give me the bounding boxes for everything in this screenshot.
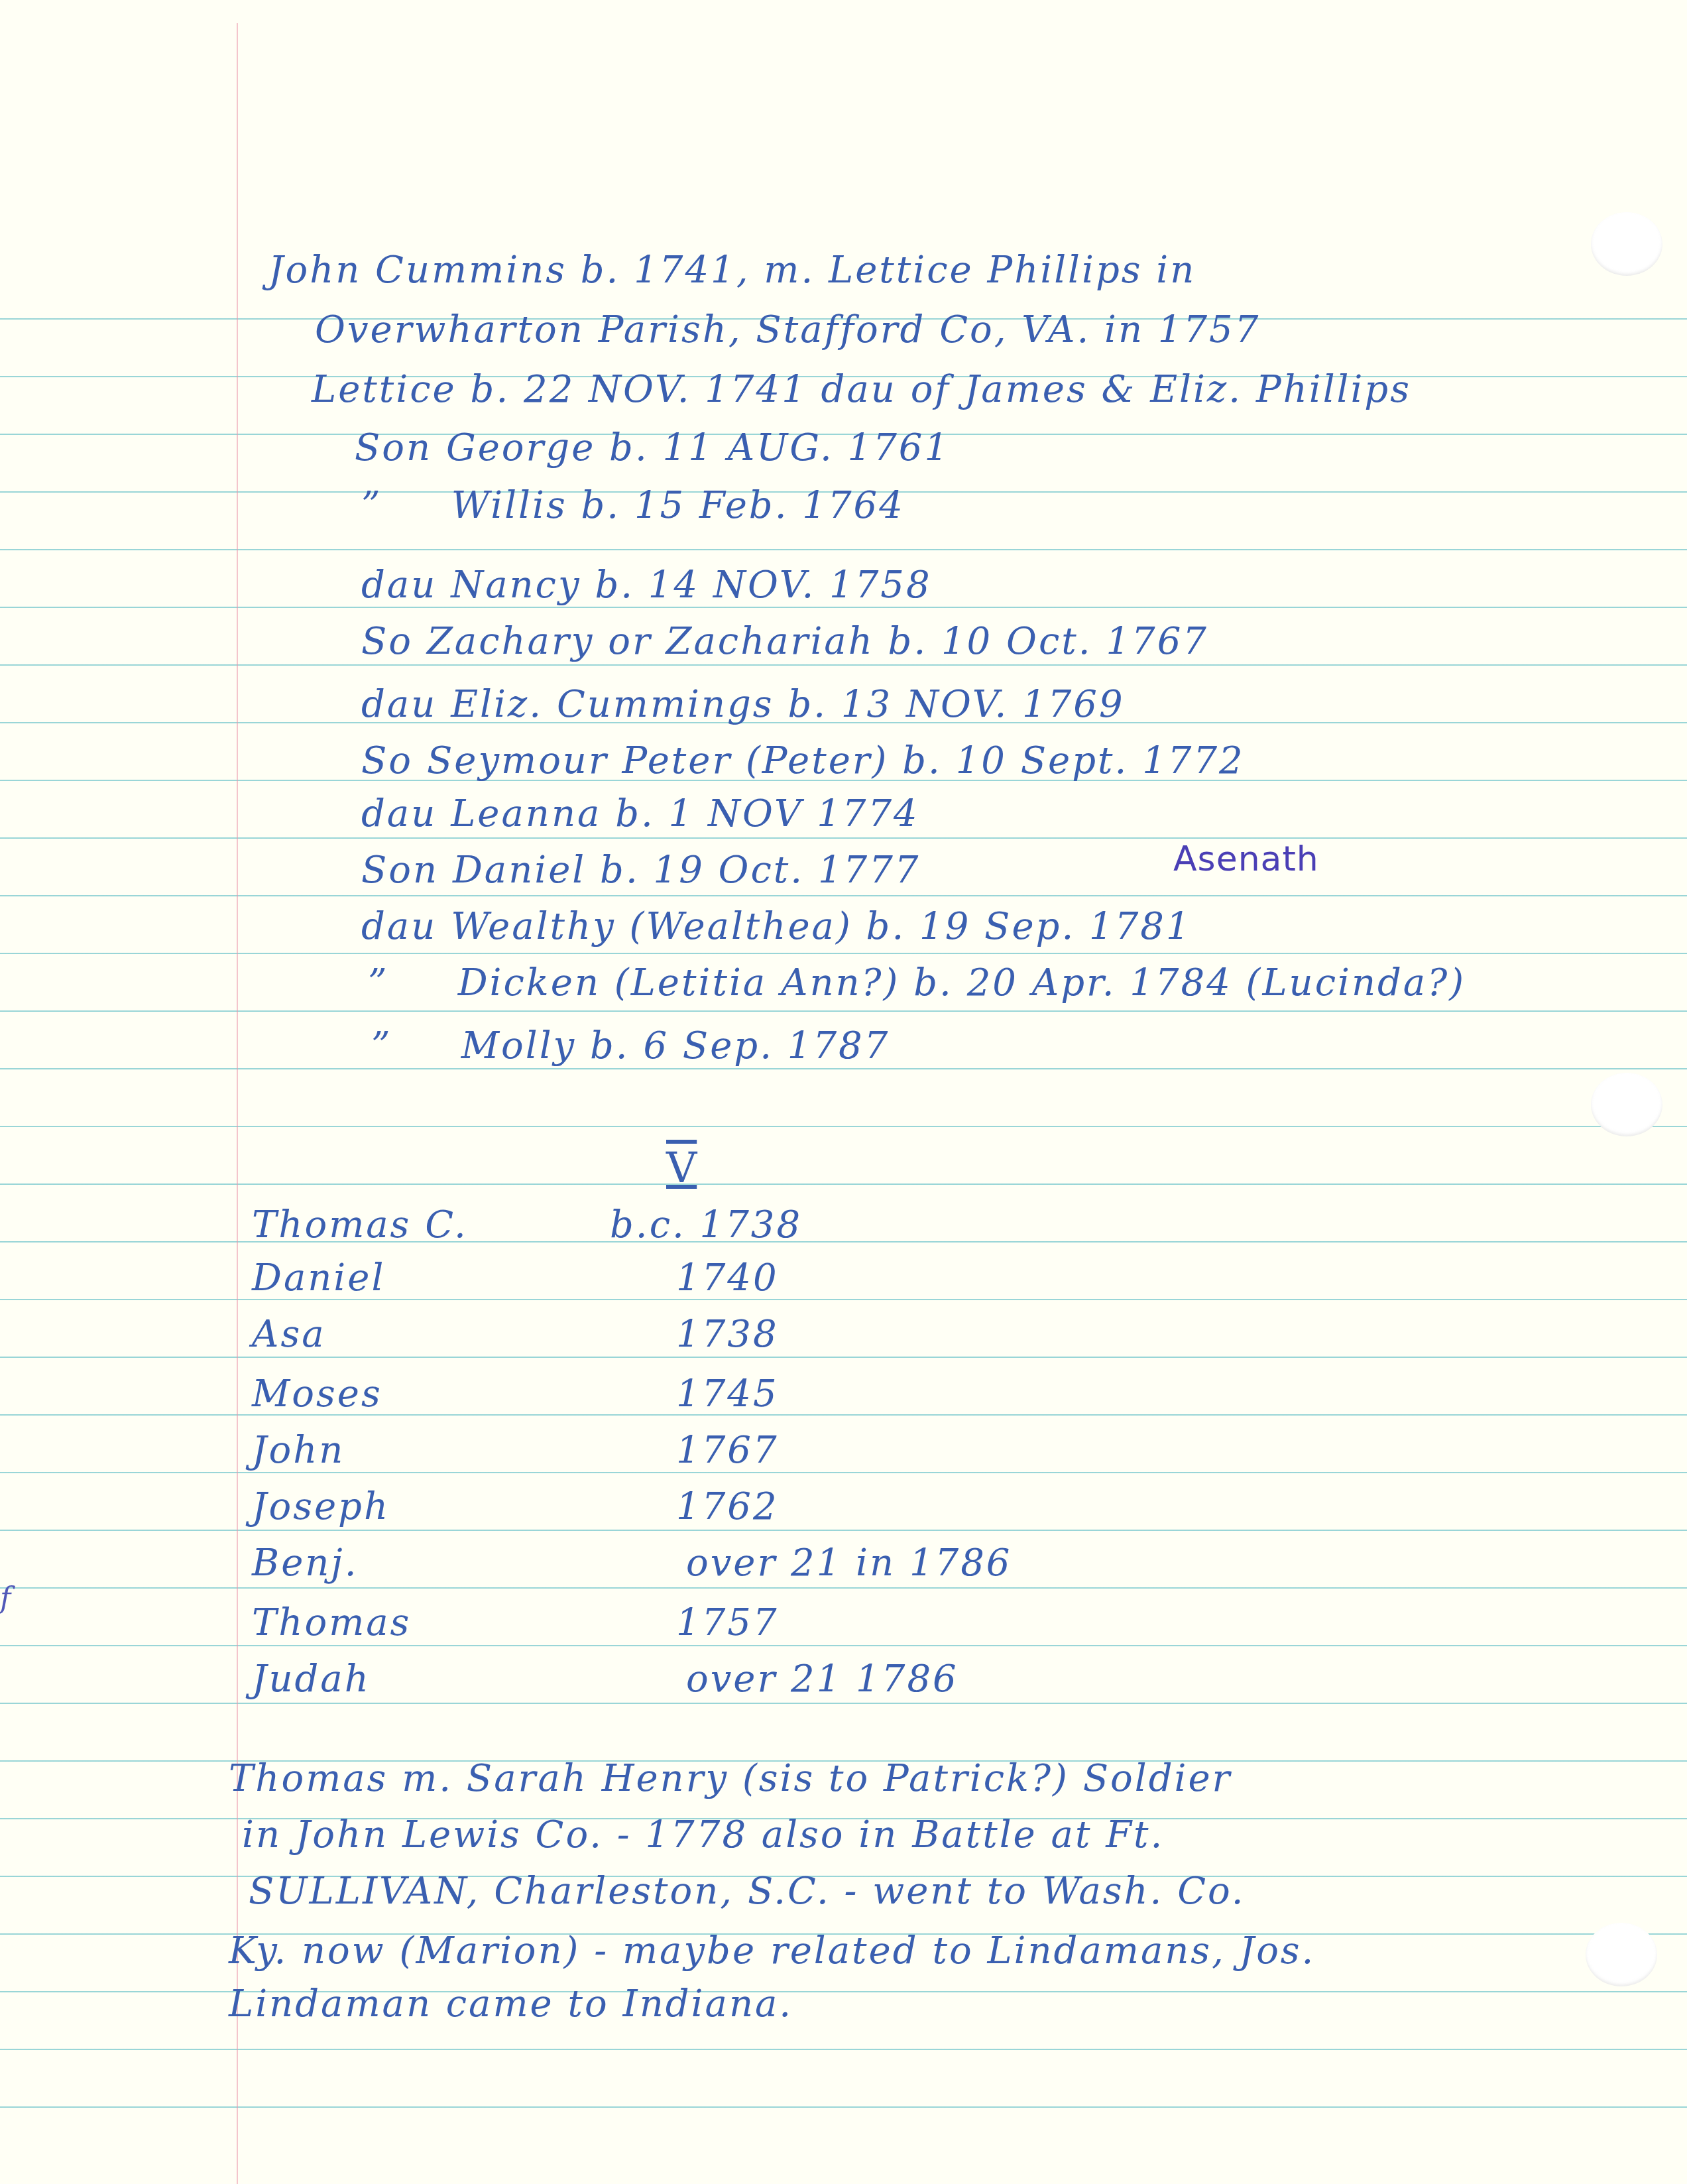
note-line-3: SULLIVAN, Charleston, S.C. - went to Was… [249,1873,1246,1910]
child-entry: dau Nancy b. 14 NOV. 1758 [361,567,932,604]
sibling-name: Judah [252,1661,371,1698]
child-details: Dicken (Letitia Ann?) b. 20 Apr. 1784 (L… [458,961,1466,1004]
child-details: Zachary or Zachariah b. 10 Oct. 1767 [427,620,1208,663]
edge-mark: ƒ [0,1581,11,1615]
sibling-name: Asa [252,1316,326,1353]
child-entry: dau Leanna b. 1 NOV 1774 [361,796,919,833]
margin-line [237,23,238,2184]
sibling-name: Benj. [252,1545,359,1582]
child-details: Molly b. 6 Sep. 1787 [461,1024,890,1067]
child-relation: Son [355,426,432,469]
child-relation: Son [361,849,439,892]
sibling-year: 1740 [676,1260,779,1297]
child-details: Seymour Peter (Peter) b. 10 Sept. 1772 [427,739,1245,782]
sibling-row: Thomas 1757 [252,1605,1047,1658]
sibling-row: Asa 1738 [252,1316,1047,1369]
sibling-name: Moses [252,1376,382,1413]
child-entry: dau Eliz. Cummings b. 13 NOV. 1769 [361,686,1125,723]
child-relation: dau [361,792,437,835]
header-line-2: Overwharton Parish, Stafford Co, VA. in … [315,312,1260,349]
sibling-name: John [252,1432,345,1469]
asenath-annotation: Asenath [1173,842,1319,877]
section-marker: V [666,1144,697,1193]
child-details: Nancy b. 14 NOV. 1758 [451,564,931,607]
child-entry: So Seymour Peter (Peter) b. 10 Sept. 177… [361,743,1245,780]
child-relation: ” [368,961,389,1004]
sibling-name: Joseph [252,1488,390,1526]
child-entry: Son George b. 11 AUG. 1761 [355,430,950,467]
sibling-row: Benj. over 21 in 1786 [252,1545,1047,1598]
child-entry: So Zachary or Zachariah b. 10 Oct. 1767 [361,623,1208,660]
header-line-1: John Cummins b. 1741, m. Lettice Phillip… [268,252,1196,289]
child-relation: dau [361,564,437,607]
child-entry: ” Molly b. 6 Sep. 1787 [371,1028,890,1065]
child-relation: dau [361,905,437,948]
sibling-row: Judah over 21 1786 [252,1661,1047,1714]
child-relation: ” [361,484,382,527]
child-details: Leanna b. 1 NOV 1774 [451,792,919,835]
sibling-row: Thomas C. b.c. 1738 [252,1207,1047,1260]
header-line-3: Lettice b. 22 NOV. 1741 dau of James & E… [312,371,1411,408]
punch-hole-top [1591,212,1662,276]
sibling-name: Daniel [252,1260,385,1297]
child-entry: ” Dicken (Letitia Ann?) b. 20 Apr. 1784 … [368,965,1466,1002]
sibling-row: John 1767 [252,1432,1047,1485]
sibling-name: Thomas C. [252,1207,468,1244]
sibling-year: 1762 [676,1488,779,1526]
child-relation: So [361,739,413,782]
child-entry: dau Wealthy (Wealthea) b. 19 Sep. 1781 [361,908,1192,945]
sibling-row: Daniel 1740 [252,1260,1047,1313]
sibling-row: Moses 1745 [252,1376,1047,1429]
sibling-name: Thomas [252,1605,411,1642]
child-relation: So [361,620,413,663]
sibling-year: over 21 in 1786 [686,1545,1012,1582]
notebook-page: ƒ John Cummins b. 1741, m. Lettice Phill… [0,0,1687,2184]
note-line-4: Ky. now (Marion) - maybe related to Lind… [229,1933,1315,1970]
child-details: Eliz. Cummings b. 13 NOV. 1769 [451,683,1125,726]
sibling-row: Joseph 1762 [252,1488,1047,1542]
sibling-year: b.c. 1738 [610,1207,802,1244]
child-relation: ” [371,1024,392,1067]
child-details: George b. 11 AUG. 1761 [446,426,950,469]
child-details: Daniel b. 19 Oct. 1777 [453,849,921,892]
sibling-year: 1767 [676,1432,779,1469]
child-entry: ” Willis b. 15 Feb. 1764 [361,487,905,524]
note-line-5: Lindaman came to Indiana. [229,1986,793,2023]
note-line-2: in John Lewis Co. - 1778 also in Battle … [242,1817,1164,1854]
punch-hole-middle [1591,1073,1662,1136]
sibling-year: 1757 [676,1605,779,1642]
sibling-year: 1745 [676,1376,779,1413]
child-relation: dau [361,683,437,726]
note-line-1: Thomas m. Sarah Henry (sis to Patrick?) … [229,1760,1232,1797]
sibling-year: 1738 [676,1316,779,1353]
sibling-year: over 21 1786 [686,1661,959,1698]
child-details: Wealthy (Wealthea) b. 19 Sep. 1781 [451,905,1191,948]
child-entry: Son Daniel b. 19 Oct. 1777 [361,852,920,889]
punch-hole-bottom [1586,1923,1657,1986]
child-details: Willis b. 15 Feb. 1764 [451,484,905,527]
